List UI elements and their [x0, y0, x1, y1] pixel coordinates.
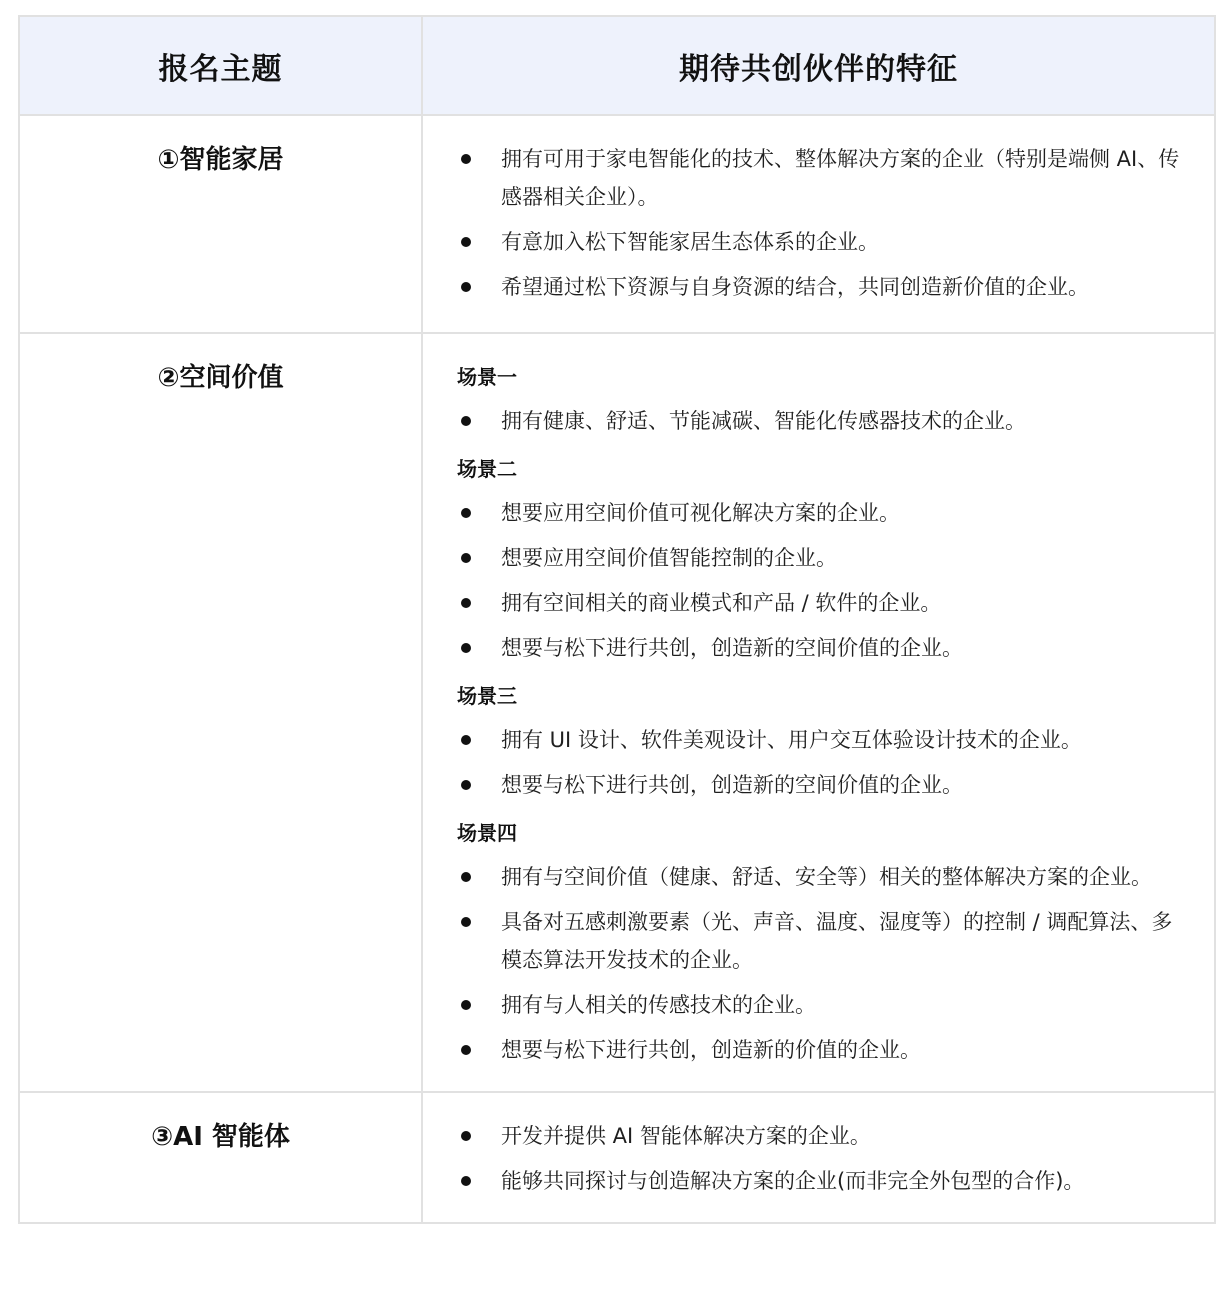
bullet-icon: [461, 598, 471, 608]
topic-cell: ②空间价值: [19, 333, 422, 1092]
scene-title: 场景二: [457, 454, 1184, 484]
list-item-text: 想要与松下进行共创，创造新的空间价值的企业。: [501, 636, 963, 660]
topic-label: ①智能家居: [21, 142, 420, 178]
list-item: 开发并提供 AI 智能体解决方案的企业。: [457, 1117, 1184, 1155]
bullet-icon: [461, 735, 471, 745]
bullet-icon: [461, 416, 471, 426]
scene-title: 场景一: [457, 362, 1184, 392]
list-item: 拥有空间相关的商业模式和产品 / 软件的企业。: [457, 584, 1184, 622]
traits-cell: 场景一 拥有健康、舒适、节能减碳、智能化传感器技术的企业。 场景二 想要应用空间…: [422, 333, 1215, 1092]
bullet-list: 开发并提供 AI 智能体解决方案的企业。 能够共同探讨与创造解决方案的企业(而非…: [457, 1117, 1184, 1200]
table-header: 报名主题 期待共创伙伴的特征: [19, 16, 1215, 115]
scene-block-1: 场景一 拥有健康、舒适、节能减碳、智能化传感器技术的企业。: [457, 362, 1184, 440]
bullet-icon: [461, 282, 471, 292]
list-item-text: 拥有可用于家电智能化的技术、整体解决方案的企业（特别是端侧 AI、传感器相关企业…: [501, 147, 1179, 209]
table-body: ①智能家居 拥有可用于家电智能化的技术、整体解决方案的企业（特别是端侧 AI、传…: [19, 115, 1215, 1223]
list-item-text: 希望通过松下资源与自身资源的结合，共同创造新价值的企业。: [501, 275, 1089, 299]
bullet-icon: [461, 1176, 471, 1186]
bullet-list: 想要应用空间价值可视化解决方案的企业。 想要应用空间价值智能控制的企业。 拥有空…: [457, 494, 1184, 667]
topic-label: ③AI 智能体: [21, 1119, 420, 1155]
bullet-icon: [461, 553, 471, 563]
scene-block-3: 场景三 拥有 UI 设计、软件美观设计、用户交互体验设计技术的企业。 想要与松下…: [457, 681, 1184, 804]
list-item: 想要与松下进行共创，创造新的价值的企业。: [457, 1031, 1184, 1069]
list-item-text: 有意加入松下智能家居生态体系的企业。: [501, 230, 879, 254]
traits-cell: 拥有可用于家电智能化的技术、整体解决方案的企业（特别是端侧 AI、传感器相关企业…: [422, 115, 1215, 333]
topic-label: ②空间价值: [21, 360, 420, 396]
scene-block-4: 场景四 拥有与空间价值（健康、舒适、安全等）相关的整体解决方案的企业。 具备对五…: [457, 818, 1184, 1069]
bullet-icon: [461, 872, 471, 882]
header-traits: 期待共创伙伴的特征: [422, 16, 1215, 115]
list-item-text: 拥有与空间价值（健康、舒适、安全等）相关的整体解决方案的企业。: [501, 865, 1152, 889]
bullet-icon: [461, 643, 471, 653]
bullet-icon: [461, 154, 471, 164]
list-item: 想要应用空间价值可视化解决方案的企业。: [457, 494, 1184, 532]
table-row-space-value: ②空间价值 场景一 拥有健康、舒适、节能减碳、智能化传感器技术的企业。 场景二 …: [19, 333, 1215, 1092]
bullet-icon: [461, 508, 471, 518]
bullet-icon: [461, 917, 471, 927]
bullet-list: 拥有与空间价值（健康、舒适、安全等）相关的整体解决方案的企业。 具备对五感刺激要…: [457, 858, 1184, 1069]
table-row-ai-agent: ③AI 智能体 开发并提供 AI 智能体解决方案的企业。 能够共同探讨与创造解决…: [19, 1092, 1215, 1223]
bullet-icon: [461, 780, 471, 790]
list-item: 拥有可用于家电智能化的技术、整体解决方案的企业（特别是端侧 AI、传感器相关企业…: [457, 140, 1184, 216]
header-topic: 报名主题: [19, 16, 422, 115]
bullet-icon: [461, 1000, 471, 1010]
list-item-text: 具备对五感刺激要素（光、声音、温度、湿度等）的控制 / 调配算法、多模态算法开发…: [501, 910, 1172, 972]
list-item-text: 想要与松下进行共创，创造新的空间价值的企业。: [501, 773, 963, 797]
list-item-text: 想要应用空间价值可视化解决方案的企业。: [501, 501, 900, 525]
list-item: 想要与松下进行共创，创造新的空间价值的企业。: [457, 766, 1184, 804]
list-item: 想要应用空间价值智能控制的企业。: [457, 539, 1184, 577]
list-item: 拥有健康、舒适、节能减碳、智能化传感器技术的企业。: [457, 402, 1184, 440]
list-item-text: 想要与松下进行共创，创造新的价值的企业。: [501, 1038, 921, 1062]
partner-traits-table: 报名主题 期待共创伙伴的特征 ①智能家居 拥有可用于家电智能化的技术、整体解决方…: [18, 15, 1216, 1224]
list-item-text: 想要应用空间价值智能控制的企业。: [501, 546, 837, 570]
bullet-icon: [461, 1131, 471, 1141]
list-item: 想要与松下进行共创，创造新的空间价值的企业。: [457, 629, 1184, 667]
bullet-list: 拥有可用于家电智能化的技术、整体解决方案的企业（特别是端侧 AI、传感器相关企业…: [457, 140, 1184, 306]
list-item: 拥有 UI 设计、软件美观设计、用户交互体验设计技术的企业。: [457, 721, 1184, 759]
list-item-text: 拥有 UI 设计、软件美观设计、用户交互体验设计技术的企业。: [501, 728, 1082, 752]
list-item-text: 拥有健康、舒适、节能减碳、智能化传感器技术的企业。: [501, 409, 1026, 433]
scene-title: 场景三: [457, 681, 1184, 711]
traits-cell: 开发并提供 AI 智能体解决方案的企业。 能够共同探讨与创造解决方案的企业(而非…: [422, 1092, 1215, 1223]
list-item-text: 拥有与人相关的传感技术的企业。: [501, 993, 816, 1017]
list-item-text: 拥有空间相关的商业模式和产品 / 软件的企业。: [501, 591, 941, 615]
header-row: 报名主题 期待共创伙伴的特征: [19, 16, 1215, 115]
list-item: 能够共同探讨与创造解决方案的企业(而非完全外包型的合作)。: [457, 1162, 1184, 1200]
bullet-list: 拥有健康、舒适、节能减碳、智能化传感器技术的企业。: [457, 402, 1184, 440]
scene-block-2: 场景二 想要应用空间价值可视化解决方案的企业。 想要应用空间价值智能控制的企业。…: [457, 454, 1184, 667]
table-row-smart-home: ①智能家居 拥有可用于家电智能化的技术、整体解决方案的企业（特别是端侧 AI、传…: [19, 115, 1215, 333]
bullet-list: 拥有 UI 设计、软件美观设计、用户交互体验设计技术的企业。 想要与松下进行共创…: [457, 721, 1184, 804]
scene-block: 拥有可用于家电智能化的技术、整体解决方案的企业（特别是端侧 AI、传感器相关企业…: [457, 140, 1184, 306]
bullet-icon: [461, 237, 471, 247]
bullet-icon: [461, 1045, 471, 1055]
list-item: 具备对五感刺激要素（光、声音、温度、湿度等）的控制 / 调配算法、多模态算法开发…: [457, 903, 1184, 979]
topic-cell: ①智能家居: [19, 115, 422, 333]
list-item: 拥有与空间价值（健康、舒适、安全等）相关的整体解决方案的企业。: [457, 858, 1184, 896]
list-item: 希望通过松下资源与自身资源的结合，共同创造新价值的企业。: [457, 268, 1184, 306]
topic-cell: ③AI 智能体: [19, 1092, 422, 1223]
list-item: 拥有与人相关的传感技术的企业。: [457, 986, 1184, 1024]
scene-block: 开发并提供 AI 智能体解决方案的企业。 能够共同探讨与创造解决方案的企业(而非…: [457, 1117, 1184, 1200]
scene-title: 场景四: [457, 818, 1184, 848]
list-item-text: 能够共同探讨与创造解决方案的企业(而非完全外包型的合作)。: [501, 1169, 1084, 1193]
list-item-text: 开发并提供 AI 智能体解决方案的企业。: [501, 1124, 871, 1148]
list-item: 有意加入松下智能家居生态体系的企业。: [457, 223, 1184, 261]
